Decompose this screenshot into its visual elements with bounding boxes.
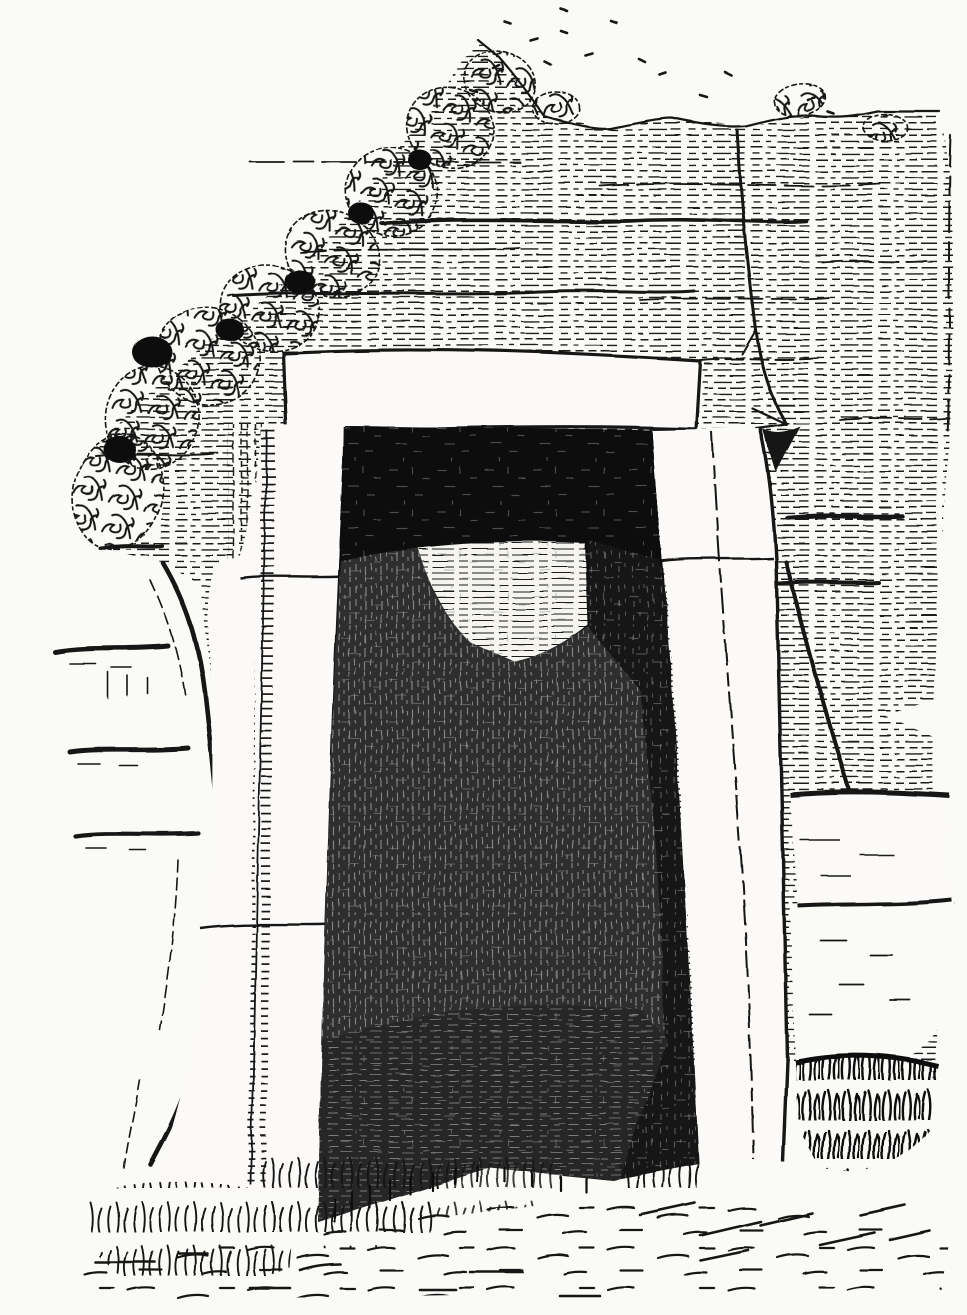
ledge-stone: [790, 792, 952, 906]
engraving-figure: Antique wood engraving of a ruined megal…: [0, 0, 967, 1315]
engraver-scratches: [330, 420, 700, 1180]
doorway-opening: [314, 420, 702, 1224]
rock-worn-gap: [790, 898, 955, 1062]
right-bank-tuft: [795, 1056, 938, 1172]
engraving-canvas: Antique wood engraving of a ruined megal…: [0, 0, 967, 1315]
scanned-page: Antique wood engraving of a ruined megal…: [0, 0, 967, 1315]
